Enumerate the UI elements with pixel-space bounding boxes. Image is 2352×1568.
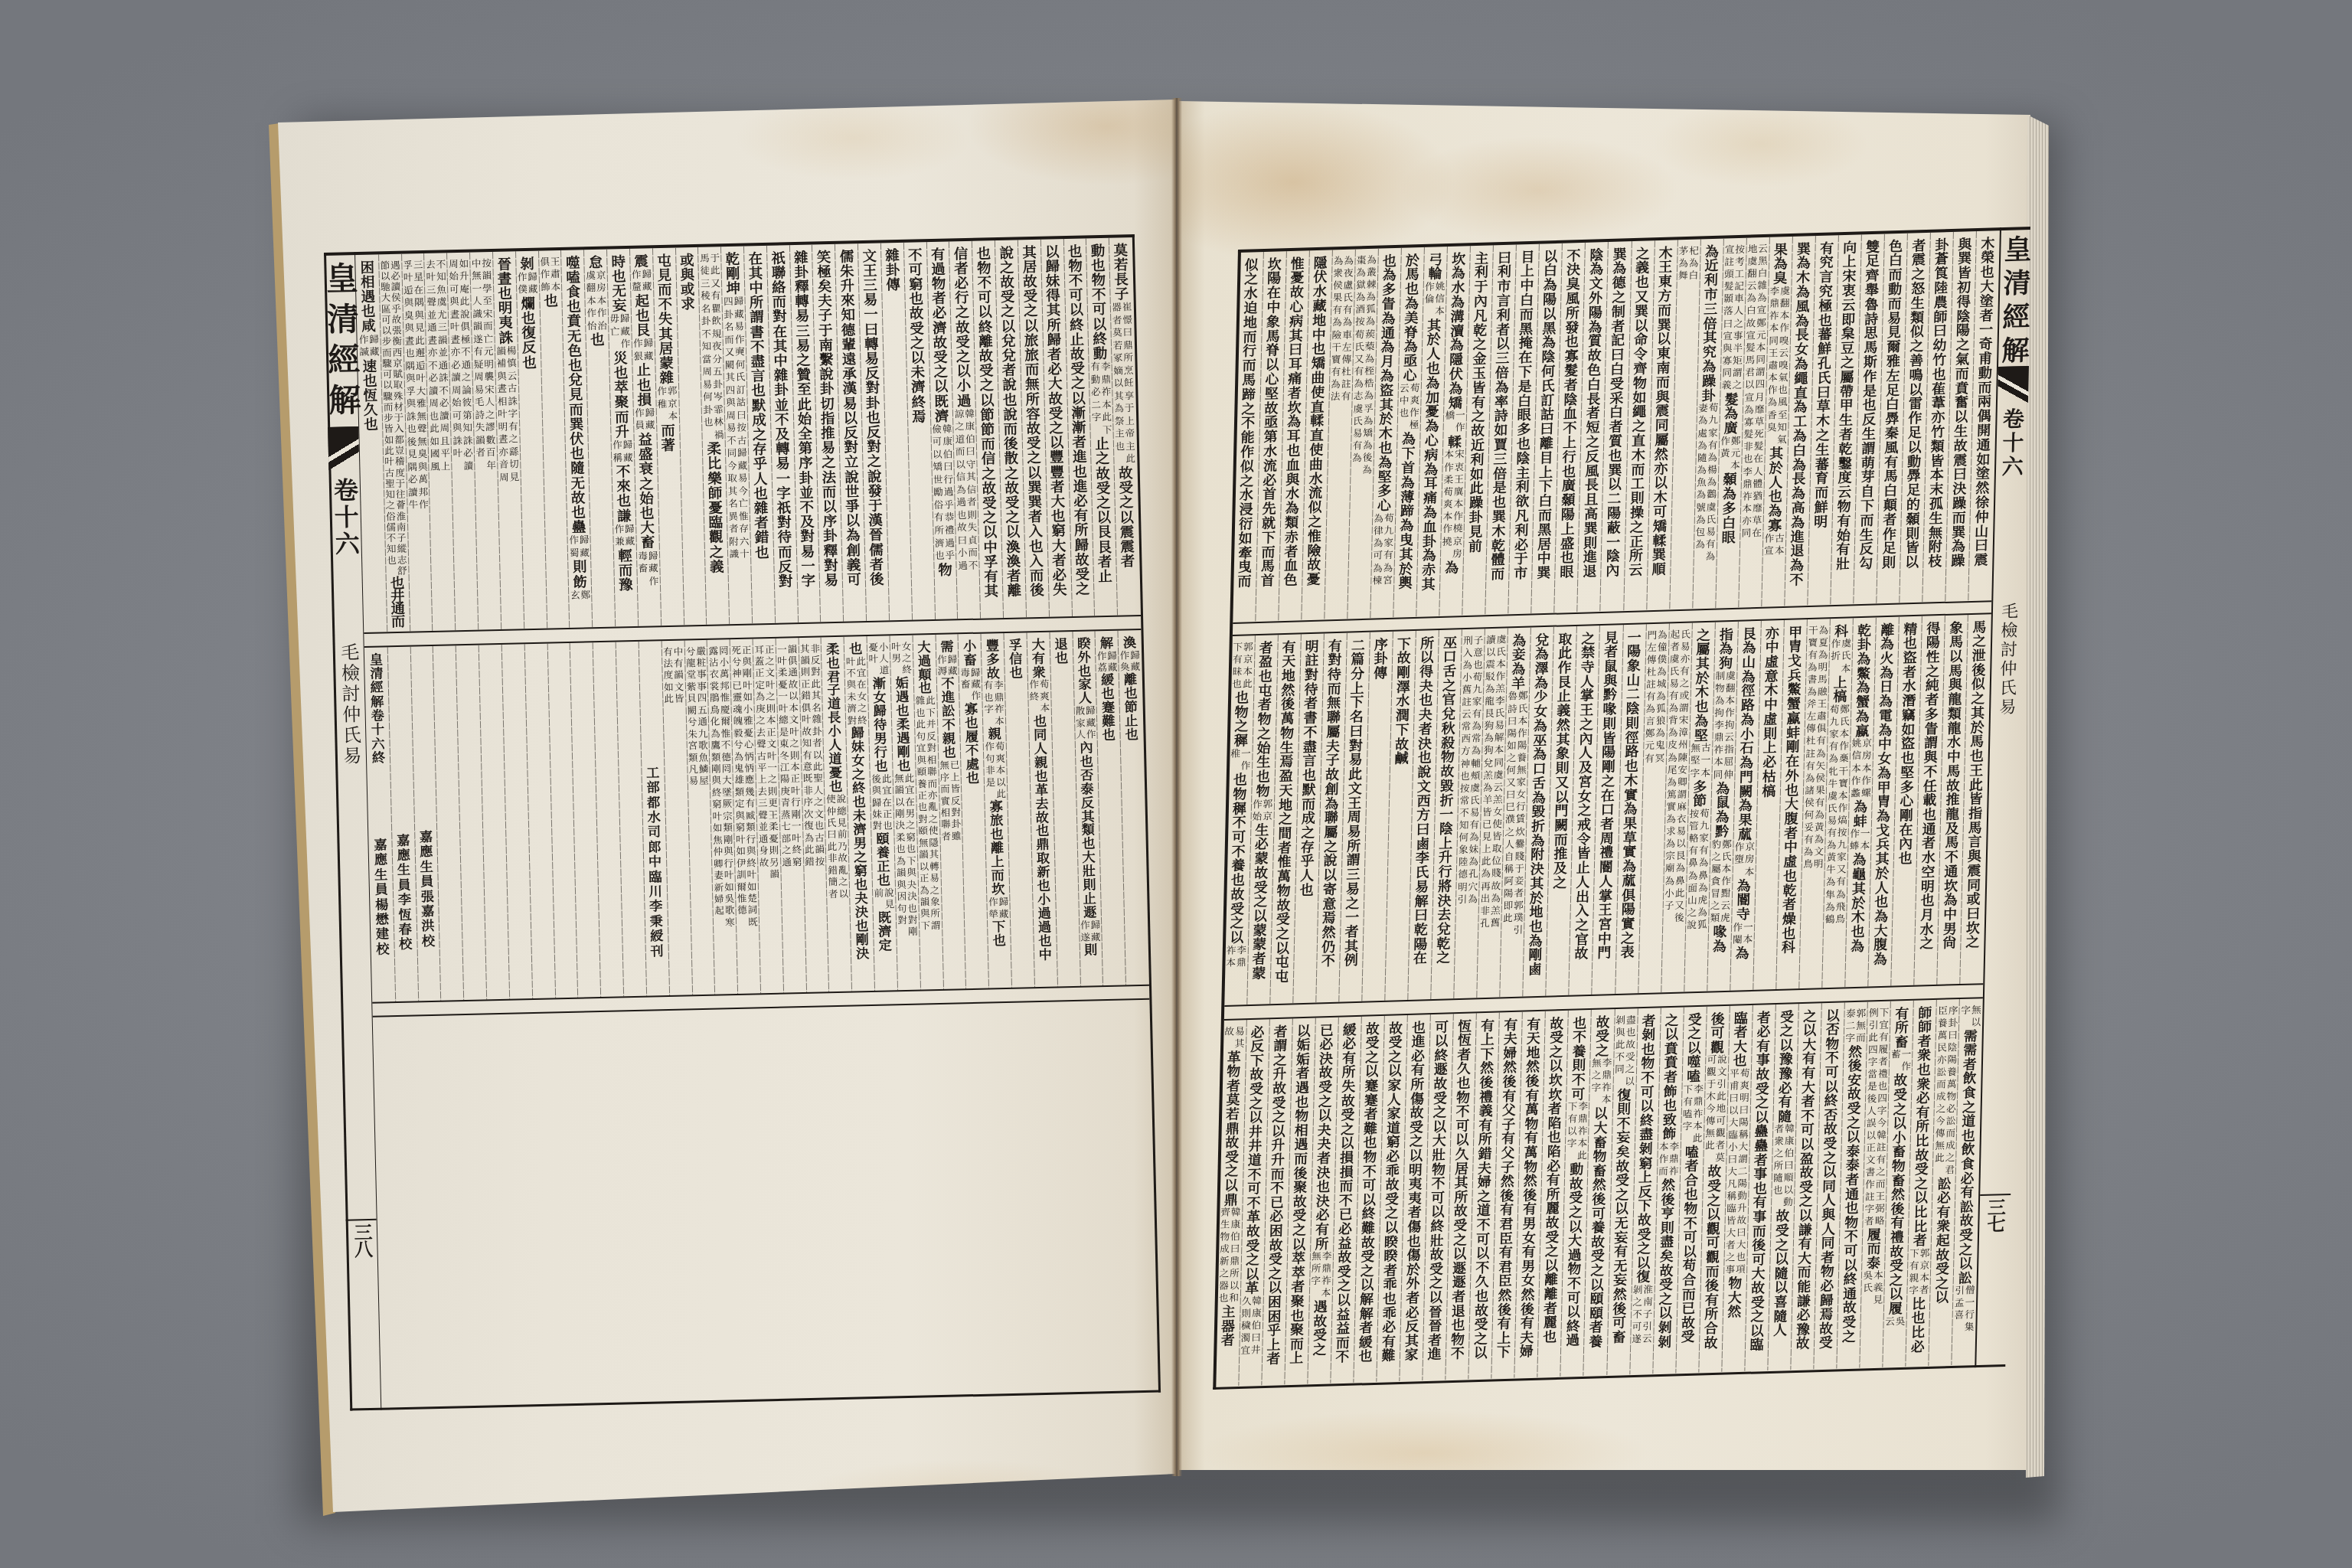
- glyph: 宜: [1240, 1346, 1250, 1358]
- collection-title: 皇清經解: [324, 261, 358, 424]
- glyph: 之: [1919, 937, 1933, 952]
- glyph: 不: [1789, 573, 1803, 588]
- glyph: 尙: [1942, 937, 1956, 952]
- glyph: 此: [1935, 1153, 1945, 1165]
- glyph: 倫: [1425, 295, 1435, 308]
- glyph: 以: [838, 889, 848, 901]
- glyph: 此: [1705, 1142, 1715, 1154]
- work-title: 毛檢討仲氏易: [333, 642, 367, 767]
- glyph: 反: [522, 341, 537, 357]
- glyph: 躁: [1951, 554, 1965, 569]
- glyph: 者: [1121, 555, 1135, 570]
- glyph: 在: [1413, 952, 1427, 967]
- glyph: 也: [1899, 852, 1913, 867]
- glyph: 子: [818, 309, 833, 325]
- glyph: 引: [1457, 894, 1467, 906]
- glyph: 中: [648, 856, 662, 871]
- glyph: 蓄: [1891, 1050, 1901, 1063]
- glyph: 震: [1974, 554, 1988, 568]
- glyph: 喜: [1954, 1311, 1964, 1323]
- top-register: 木榮也大塗者一奇甫動而兩偶開通如塗然徐仲山曰震與巽皆初得陰陽之氣而賁奮以生故震曰…: [1233, 230, 2000, 622]
- glyph: 也: [1300, 884, 1314, 898]
- glyph: 鄭: [580, 590, 590, 603]
- glyph: 校: [376, 943, 390, 959]
- glyph: 墮: [1734, 855, 1744, 867]
- glyph: 也: [1773, 1186, 1783, 1198]
- glyph: 孔: [1480, 919, 1490, 931]
- glyph: 衰: [639, 463, 653, 479]
- glyph: 作: [649, 577, 659, 590]
- glyph: 卦: [820, 383, 835, 398]
- glyph: 識: [729, 550, 739, 563]
- glyph: 吳: [1896, 1316, 1906, 1328]
- glyph: 知: [841, 309, 855, 325]
- glyph: 之: [1027, 452, 1041, 467]
- glyph: 終: [1030, 692, 1040, 704]
- glyph: 至: [797, 384, 812, 399]
- glyph: 宮: [1383, 576, 1393, 589]
- glyph: 者: [475, 448, 485, 461]
- middle-register: 工部都水司郎中臨川李秉綬刊 嘉應生員張嘉洪校 嘉應生員李恆春校 皇清經解卷十六終…: [364, 630, 1149, 1002]
- glyph: 也: [966, 772, 980, 786]
- glyph: 義: [710, 560, 724, 576]
- glyph: 之: [867, 456, 882, 471]
- glyph: 之: [1119, 496, 1134, 511]
- glyph: 而: [1491, 568, 1504, 583]
- glyph: 而: [1237, 575, 1251, 590]
- glyph: 云: [1885, 1317, 1895, 1329]
- glyph: 者: [941, 831, 951, 844]
- glyph: 必: [933, 307, 947, 322]
- glyph: 乎: [753, 458, 767, 473]
- glyph: 冥: [1655, 753, 1664, 766]
- glyph: 而: [391, 616, 406, 629]
- top-register: 莫若長子崔憬曰鼎所烹飪享于上帝主此器者莫若冢嫡以其為祭主也故受之以震震者動也物不…: [355, 237, 1140, 632]
- glyph: 見: [509, 472, 519, 485]
- glyph: 稚: [1230, 749, 1240, 761]
- glyph: 說: [1687, 920, 1697, 933]
- glyph: 說: [1002, 379, 1017, 394]
- glyph: 也: [1115, 442, 1125, 455]
- glyph: 字: [802, 574, 816, 590]
- glyph: 濟: [911, 381, 926, 397]
- glyph: 首: [1260, 574, 1274, 589]
- glyph: 其: [1047, 304, 1061, 319]
- glyph: 內: [1606, 564, 1619, 579]
- glyph: 為: [846, 530, 861, 545]
- glyph: 對: [865, 382, 880, 397]
- glyph: 為: [1705, 552, 1715, 565]
- glyph: 之: [1096, 452, 1110, 468]
- glyph: 漢: [843, 383, 857, 398]
- glyph: 皆: [675, 694, 684, 707]
- glyph: 周: [499, 472, 509, 485]
- column-rule: [524, 644, 533, 998]
- glyph: 德: [737, 906, 747, 918]
- glyph: 眼: [1721, 531, 1735, 546]
- glyph: 亡: [610, 327, 620, 340]
- glyph: 遂: [1632, 1334, 1641, 1347]
- glyph: 之: [1553, 877, 1566, 891]
- glyph: 小: [957, 380, 972, 395]
- glyph: 年: [486, 461, 496, 474]
- glyph: 順: [1651, 563, 1665, 578]
- glyph: 畜: [641, 537, 655, 552]
- glyph: 勾: [1859, 557, 1873, 572]
- glyph: 易: [824, 574, 838, 590]
- column-rule: [479, 645, 488, 999]
- page-number-rule: [1980, 1194, 2011, 1196]
- glyph: 也: [755, 546, 769, 561]
- glyph: 同: [1615, 1064, 1625, 1076]
- glyph: 比: [707, 458, 722, 473]
- glyph: 前: [874, 888, 884, 900]
- glyph: 狐: [1697, 920, 1707, 933]
- glyph: 可: [847, 573, 861, 589]
- glyph: 其: [985, 585, 999, 600]
- glyph: 橋: [1445, 411, 1455, 424]
- glyph: 之: [1842, 1330, 1856, 1344]
- glyph: 以: [1905, 556, 1919, 570]
- glyph: 校: [399, 939, 413, 954]
- glyph: 字: [1591, 1083, 1601, 1096]
- glyph: 之: [822, 456, 836, 472]
- glyph: 是: [985, 778, 995, 790]
- glyph: 剝: [1658, 1335, 1671, 1350]
- glyph: 止: [636, 364, 651, 380]
- glyph: 上: [441, 462, 451, 475]
- glyph: 也: [364, 419, 378, 434]
- glyph: 風: [430, 462, 440, 475]
- glyph: 韻: [769, 870, 779, 882]
- page-number: 三七: [1979, 1197, 2011, 1232]
- glyph: 傳: [886, 279, 900, 294]
- glyph: 晉: [869, 529, 884, 544]
- glyph: 謂: [750, 311, 764, 326]
- glyph: 按: [815, 857, 825, 869]
- fish-tail-ornament-icon: [1997, 366, 2028, 405]
- glyph: 入: [1028, 525, 1043, 541]
- glyph: 下: [920, 921, 930, 933]
- glyph: 中: [1039, 949, 1053, 963]
- glyph: 進: [1073, 451, 1087, 466]
- bottom-register: 無以字需需者飲食之道也飲食必有訟故受之以訟僧一行集引孟喜序卦曰陰陽養萬物必訟而成…: [1216, 998, 1983, 1387]
- glyph: 為: [1445, 561, 1459, 576]
- glyph: 者: [1266, 1353, 1280, 1367]
- glyph: 則: [1882, 557, 1896, 571]
- glyph: 信: [982, 452, 996, 468]
- glyph: 畜: [639, 564, 648, 577]
- glyph: 此: [1503, 913, 1513, 926]
- glyph: 失: [658, 313, 673, 328]
- glyph: 臭: [1767, 423, 1777, 436]
- glyph: 之: [1312, 1344, 1326, 1358]
- glyph: 受: [1681, 1331, 1694, 1345]
- glyph: 不: [1321, 955, 1335, 969]
- glyph: 稚: [658, 400, 668, 413]
- glyph: 叶: [453, 449, 463, 462]
- glyph: 也: [1055, 652, 1069, 666]
- glyph: 故: [1795, 1338, 1809, 1352]
- left-page-printed-frame: 莫若長子崔憬曰鼎所烹飪享于上帝主此器者莫若冢嫡以其為祭主也故受之以震震者動也物不…: [324, 234, 1161, 1411]
- glyph: 前: [1468, 540, 1482, 554]
- glyph: 鼎: [1236, 958, 1246, 970]
- glyph: 故: [1224, 1027, 1234, 1039]
- glyph: 為: [1735, 947, 1749, 962]
- glyph: 撓: [1442, 537, 1452, 550]
- work-title: 毛檢討仲氏易: [1991, 602, 2024, 717]
- glyph: 見: [1873, 1295, 1883, 1308]
- glyph: 其: [1421, 578, 1435, 593]
- glyph: 法: [1331, 392, 1341, 405]
- glyph: 屯: [1275, 971, 1289, 985]
- glyph: 井: [1251, 1345, 1261, 1357]
- glyph: 難: [1381, 1350, 1395, 1364]
- glyph: 離: [1007, 585, 1021, 600]
- glyph: 為: [1851, 939, 1864, 954]
- glyph: 後: [870, 573, 884, 588]
- glyph: 止: [1098, 570, 1112, 586]
- glyph: 過: [958, 561, 968, 574]
- glyph: 咸: [361, 320, 376, 335]
- glyph: 為: [1873, 953, 1887, 968]
- glyph: 以: [1069, 304, 1083, 319]
- glyph: 子: [1664, 901, 1674, 913]
- glyph: 本: [1226, 958, 1236, 970]
- glyph: 蒙: [1252, 967, 1266, 982]
- collection-title: 皇清經解: [1998, 234, 2032, 370]
- glyph: 輿: [1398, 577, 1412, 591]
- glyph: 屋: [699, 776, 709, 789]
- glyph: 以: [1935, 1292, 1949, 1306]
- glyph: 也: [387, 556, 397, 567]
- fish-tail-ornament-icon: [328, 426, 359, 475]
- glyph: 者: [1221, 1334, 1235, 1349]
- glyph: 門: [1597, 947, 1611, 962]
- glyph: 明: [1814, 860, 1824, 872]
- glyph: 也: [1102, 730, 1116, 743]
- glyph: 也: [1399, 408, 1409, 421]
- glyph: 為: [1362, 465, 1372, 479]
- glyph: 舊: [1490, 918, 1500, 930]
- glyph: 失: [1053, 583, 1067, 599]
- glyph: 叶: [869, 655, 879, 667]
- glyph: 窮: [792, 857, 802, 870]
- glyph: 巽: [1537, 567, 1550, 581]
- glyph: 豐: [1050, 451, 1064, 466]
- glyph: 家: [1404, 1349, 1418, 1364]
- glyph: 必: [1911, 1341, 1925, 1355]
- glyph: 為: [1695, 540, 1705, 553]
- glyph: 也: [1009, 667, 1023, 681]
- glyph: 也: [751, 384, 766, 400]
- glyph: 以: [934, 381, 949, 396]
- column-rule: [593, 642, 602, 997]
- glyph: 有: [1341, 392, 1351, 405]
- glyph: 十: [740, 550, 750, 563]
- glyph: 也: [1358, 1350, 1372, 1364]
- glyph: 寒: [725, 918, 735, 930]
- glyph: 待: [777, 531, 792, 547]
- glyph: 傳: [1374, 667, 1387, 681]
- glyph: 鳥: [1835, 914, 1845, 926]
- glyph: 也: [704, 418, 714, 431]
- glyph: 過: [1566, 1334, 1579, 1349]
- glyph: 則: [1084, 944, 1098, 958]
- glyph: 賁: [567, 315, 582, 331]
- glyph: 宣: [1764, 546, 1774, 559]
- volume-label: 卷十六: [1995, 407, 2027, 479]
- glyph: 謂: [931, 921, 941, 933]
- glyph: 氏: [1863, 1283, 1873, 1295]
- glyph: 豫: [619, 579, 633, 594]
- glyph: 不: [969, 561, 978, 574]
- glyph: 臨: [1749, 1339, 1763, 1354]
- glyph: 色: [1283, 574, 1297, 589]
- glyph: 也: [590, 334, 605, 349]
- glyph: 鶴: [1825, 915, 1835, 927]
- glyph: 後: [1674, 913, 1684, 925]
- glyph: 讀: [463, 461, 473, 474]
- glyph: 鹵: [1528, 963, 1542, 978]
- glyph: 對: [897, 916, 907, 928]
- glyph: 觀: [709, 531, 724, 547]
- glyph: 故: [759, 858, 769, 871]
- glyph: 此: [664, 694, 674, 707]
- glyph: 例: [1344, 954, 1358, 969]
- glyph: 也: [1125, 729, 1138, 743]
- glyph: 科: [1782, 942, 1795, 956]
- glyph: 物: [938, 563, 952, 579]
- page-number-rule: [346, 1219, 377, 1221]
- glyph: 眼: [1560, 566, 1573, 580]
- glyph: 卦: [774, 384, 789, 400]
- glyph: 可: [1092, 303, 1106, 318]
- glyph: 也: [522, 356, 537, 371]
- glyph: 玄: [570, 590, 580, 603]
- glyph: 云: [1628, 563, 1642, 578]
- glyph: 明: [1814, 515, 1828, 530]
- glyph: 以: [1006, 526, 1021, 541]
- glyph: 市: [1514, 567, 1527, 582]
- glyph: 不: [1335, 1351, 1349, 1365]
- glyph: 序: [799, 457, 813, 472]
- glyph: 在: [1752, 528, 1762, 541]
- glyph: 以: [978, 306, 992, 322]
- glyph: 然: [1727, 1305, 1741, 1320]
- bottom-register-empty: [373, 999, 1158, 1407]
- glyph: 決: [856, 948, 870, 962]
- glyph: 云: [1642, 1334, 1652, 1346]
- glyph: 既: [748, 917, 758, 929]
- glyph: 對: [773, 311, 787, 326]
- glyph: 通: [782, 857, 792, 870]
- glyph: 易: [689, 777, 699, 789]
- glyph: 故: [1574, 948, 1588, 962]
- glyph: 錯: [805, 857, 815, 869]
- glyph: 黃: [1720, 449, 1730, 462]
- page-number: 三八: [346, 1223, 377, 1257]
- glyph: 之: [1076, 583, 1090, 599]
- glyph: 壯: [1836, 558, 1850, 573]
- glyph: 受: [1819, 1337, 1833, 1351]
- glyph: 艮: [1097, 526, 1112, 541]
- glyph: 也: [1543, 1331, 1557, 1345]
- glyph: 舞: [1678, 271, 1688, 284]
- glyph: 起: [714, 906, 724, 919]
- glyph: 為: [1352, 453, 1362, 466]
- glyph: 進: [1427, 1348, 1441, 1363]
- glyph: 字: [1961, 1005, 1971, 1018]
- glyph: 為: [1713, 940, 1726, 955]
- book-gutter: [1171, 98, 1182, 1476]
- glyph: 之: [1024, 305, 1038, 320]
- glyph: 也: [544, 295, 558, 310]
- glyph: 同: [1741, 529, 1751, 542]
- glyph: 剛: [908, 927, 918, 939]
- glyph: 著: [661, 439, 676, 455]
- volume-label: 卷十六: [329, 477, 361, 558]
- glyph: 婦: [1520, 1345, 1534, 1360]
- glyph: 隨: [570, 462, 585, 478]
- glyph: 棟: [1372, 576, 1382, 589]
- glyph: 畜: [961, 680, 971, 692]
- glyph: 立: [844, 456, 859, 472]
- glyph: 集: [1965, 1323, 1975, 1335]
- glyph: 見: [569, 389, 583, 404]
- glyph: 一: [864, 309, 878, 324]
- glyph: 散: [1004, 452, 1018, 468]
- glyph: 鳥: [1803, 860, 1813, 872]
- glyph: 字: [1311, 1276, 1321, 1289]
- glyph: 枝: [1928, 555, 1942, 570]
- glyph: 大: [1048, 377, 1063, 393]
- glyph: 綬: [650, 930, 664, 946]
- glyph: 夷: [498, 317, 513, 332]
- glyph: 上: [1289, 1352, 1303, 1367]
- glyph: 白: [1688, 270, 1698, 283]
- glyph: 字: [1567, 1139, 1577, 1151]
- glyph: 字: [1682, 1122, 1692, 1134]
- column-rule: [456, 645, 465, 1000]
- column-rule: [616, 642, 625, 996]
- glyph: 之: [1436, 952, 1450, 966]
- glyph: 刊: [650, 946, 664, 961]
- glyph: 窮: [1051, 524, 1066, 540]
- glyph: 易: [795, 310, 810, 325]
- glyph: 退: [1583, 565, 1596, 580]
- glyph: 作: [419, 500, 429, 513]
- glyph: 不: [1451, 1347, 1465, 1362]
- glyph: 字: [1092, 413, 1102, 426]
- glyph: 者: [828, 890, 838, 902]
- glyph: 之: [979, 379, 994, 394]
- column-rule: [547, 643, 556, 998]
- glyph: 故: [910, 308, 924, 323]
- glyph: 易: [776, 458, 790, 473]
- glyph: 求: [681, 298, 695, 313]
- glyph: 之: [1071, 377, 1086, 393]
- glyph: 人: [1773, 1324, 1787, 1338]
- column-rule: [570, 642, 579, 997]
- glyph: 雖: [952, 831, 962, 844]
- glyph: 故: [1704, 1336, 1717, 1351]
- glyph: 憂: [1306, 573, 1320, 588]
- glyph: 之: [1001, 305, 1015, 321]
- glyph: 之: [1965, 936, 1979, 951]
- glyph: 折: [1831, 652, 1841, 664]
- glyph: 字: [984, 705, 994, 717]
